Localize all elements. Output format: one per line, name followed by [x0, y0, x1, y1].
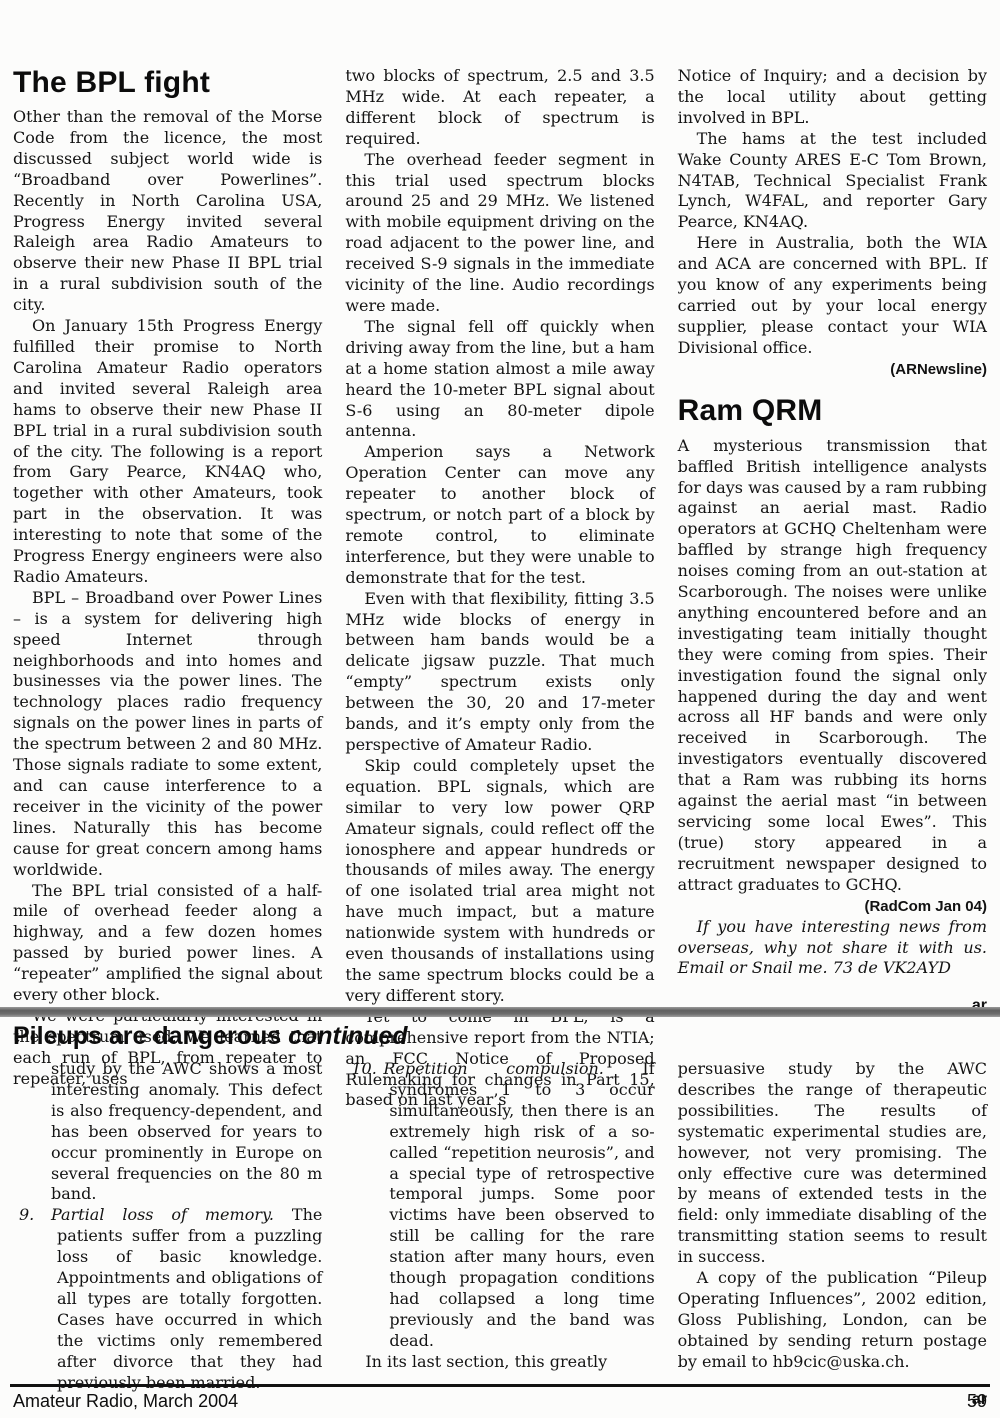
- source-credit-radcom: (RadCom Jan 04): [678, 897, 987, 917]
- bottom-columns: study by the AWC shows a most interestin…: [13, 1059, 987, 1409]
- list-item-body: The patients suffer from a puzzling loss…: [57, 1205, 322, 1391]
- list-item-9: 9.Partial loss of memory. The patients s…: [19, 1205, 322, 1393]
- list-item-lead: Repetition compulsion.: [383, 1059, 604, 1078]
- bottom-column-3: persuasive study by the AWC describes th…: [678, 1059, 987, 1409]
- footer-page-number: 59: [967, 1391, 987, 1412]
- bpl-article-title: The BPL fight: [13, 66, 322, 100]
- column-3: Notice of Inquiry; and a decision by the…: [678, 66, 987, 1004]
- paragraph: In its last section, this greatly: [351, 1352, 654, 1373]
- paragraph: On January 15th Progress Energy fulfille…: [13, 316, 322, 588]
- list-item-body: If syndromes 1 to 3 occur simultaneously…: [389, 1059, 654, 1350]
- list-number: 10.: [351, 1059, 383, 1080]
- paragraph: The hams at the test included Wake Count…: [678, 129, 987, 234]
- paragraph: The BPL trial consisted of a half-mile o…: [13, 881, 322, 1006]
- footer-journal-title: Amateur Radio, March 2004: [13, 1391, 238, 1412]
- paragraph: A mysterious transmission that baffled B…: [678, 436, 987, 896]
- paragraph: persuasive study by the AWC describes th…: [678, 1059, 987, 1268]
- paragraph: A copy of the publication “Pileup Operat…: [678, 1268, 987, 1373]
- paragraph: The overhead feeder segment in this tria…: [345, 150, 654, 317]
- paragraph: Notice of Inquiry; and a decision by the…: [678, 66, 987, 129]
- list-item-10: 10.Repetition compulsion. If syndromes 1…: [351, 1059, 654, 1352]
- ram-article-title: Ram QRM: [678, 394, 987, 428]
- pileups-heading-continued: continued: [288, 1022, 407, 1050]
- paragraph: Other than the removal of the Morse Code…: [13, 107, 322, 316]
- paragraph: BPL – Broadband over Power Lines – is a …: [13, 588, 322, 881]
- bottom-column-1: study by the AWC shows a most interestin…: [13, 1059, 322, 1409]
- section-divider-bar: [0, 1007, 1000, 1017]
- paragraph: Even with that flexibility, fitting 3.5 …: [345, 589, 654, 756]
- source-credit-arnewsline: (ARNewsline): [678, 360, 987, 380]
- list-item-lead: Partial loss of memory.: [51, 1205, 274, 1224]
- paragraph: two blocks of spectrum, 2.5 and 3.5 MHz …: [345, 66, 654, 150]
- pileups-heading-text: Pileups are dangerous: [13, 1022, 281, 1050]
- pileups-continued-section: Pileups are dangerous continued study by…: [13, 1022, 987, 1372]
- footer: Amateur Radio, March 2004 59: [13, 1391, 987, 1412]
- list-number: 9.: [19, 1205, 51, 1226]
- paragraph: Here in Australia, both the WIA and ACA …: [678, 233, 987, 358]
- editor-note: If you have interesting news from overse…: [678, 917, 987, 980]
- column-1: The BPL fight Other than the removal of …: [13, 66, 322, 1004]
- top-articles-section: The BPL fight Other than the removal of …: [13, 66, 987, 1004]
- paragraph: study by the AWC shows a most interestin…: [13, 1059, 322, 1205]
- bottom-column-2: 10.Repetition compulsion. If syndromes 1…: [345, 1059, 654, 1409]
- pileups-heading: Pileups are dangerous continued: [13, 1022, 987, 1051]
- column-2: two blocks of spectrum, 2.5 and 3.5 MHz …: [345, 66, 654, 1004]
- paragraph: The signal fell off quickly when driving…: [345, 317, 654, 442]
- paragraph: Skip could completely upset the equation…: [345, 756, 654, 1007]
- magazine-page: The BPL fight Other than the removal of …: [0, 0, 1000, 1418]
- footer-rule: [10, 1384, 990, 1387]
- paragraph: Amperion says a Network Operation Center…: [345, 442, 654, 588]
